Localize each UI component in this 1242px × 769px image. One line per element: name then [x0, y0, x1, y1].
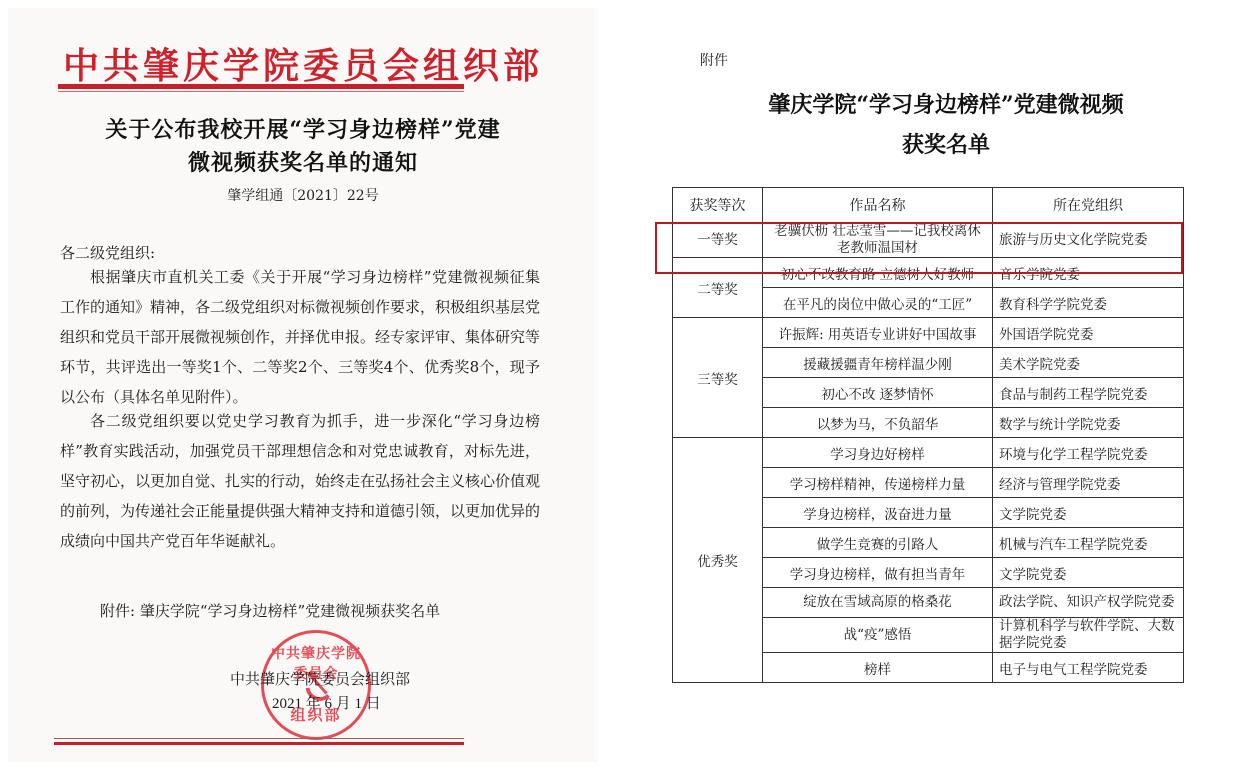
work-title: 学习身边榜样，做有担当青年	[763, 558, 993, 588]
work-title: 学习身边好榜样	[763, 438, 993, 468]
header-organization: 所在党组织	[993, 188, 1184, 223]
organization: 旅游与历史文化学院党委	[993, 223, 1184, 258]
attachment-page: 附件 肇庆学院“学习身边榜样”党建微视频 获奖名单 获奖等次 作品名称 所在党组…	[620, 0, 1242, 769]
organization: 机械与汽车工程学院党委	[993, 528, 1184, 558]
work-title: 学习榜样精神，传递榜样力量	[763, 468, 993, 498]
organization: 环境与化学工程学院党委	[993, 438, 1184, 468]
work-title: 做学生竞赛的引路人	[763, 528, 993, 558]
signature-date: 2021 年 6 月 1 日	[272, 692, 381, 713]
work-title: 初心不改 逐梦情怀	[763, 378, 993, 408]
issuer-header: 中共肇庆学院委员会组织部	[8, 38, 598, 89]
award-level-second: 二等奖	[673, 258, 763, 318]
work-title: 榜样	[763, 653, 993, 683]
organization: 教育科学学院党委	[993, 288, 1184, 318]
work-title: 学身边榜样，汲奋进力量	[763, 498, 993, 528]
document-number: 肇学组通〔2021〕22号	[8, 185, 598, 205]
signature-organization: 中共肇庆学院委员会组织部	[230, 668, 410, 689]
organization: 政法学院、知识产权学院党委	[993, 588, 1184, 618]
organization: 外国语学院党委	[993, 318, 1184, 348]
organization: 电子与电气工程学院党委	[993, 653, 1184, 683]
notice-title-line2: 微视频获奖名单的通知	[8, 146, 598, 177]
work-title: 绽放在雪域高原的格桑花	[763, 588, 993, 618]
salutation: 各二级党组织:	[60, 242, 155, 263]
work-title: 老骥伏枥 壮志莹雪——记我校离休老教师温国材	[763, 223, 993, 258]
work-title: 战“疫”感悟	[763, 618, 993, 653]
award-level-excellence: 优秀奖	[673, 438, 763, 683]
work-title: 援藏援疆青年榜样温少刚	[763, 348, 993, 378]
attachment-label: 附件	[700, 50, 728, 70]
work-title: 以梦为马，不负韶华	[763, 408, 993, 438]
header-award-level: 获奖等次	[673, 188, 763, 223]
header-rule-thick	[58, 84, 464, 89]
body-paragraph-2: 各二级党组织要以党史学习教育为抓手，进一步深化“学习身边榜样”教育实践活动，加强…	[60, 406, 540, 556]
table-row: 优秀奖 学习身边好榜样 环境与化学工程学院党委	[673, 438, 1184, 468]
body-paragraph-1: 根据肇庆市直机关工委《关于开展“学习身边榜样”党建微视频征集工作的通知》精神，各…	[60, 262, 540, 412]
attachment-reference: 附件: 肇庆学院“学习身边榜样”党建微视频获奖名单	[100, 600, 440, 621]
list-title-line1: 肇庆学院“学习身边榜样”党建微视频	[650, 88, 1242, 119]
notice-title-line1: 关于公布我校开展“学习身边榜样”党建	[8, 113, 598, 144]
organization: 食品与制药工程学院党委	[993, 378, 1184, 408]
work-title: 许振辉: 用英语专业讲好中国故事	[763, 318, 993, 348]
organization: 音乐学院党委	[993, 258, 1184, 288]
work-title: 初心不改教育路 立德树人好教师	[763, 258, 993, 288]
notice-page: 中共肇庆学院委员会组织部 关于公布我校开展“学习身边榜样”党建 微视频获奖名单的…	[8, 8, 598, 762]
award-level-first: 一等奖	[673, 223, 763, 258]
organization: 文学院党委	[993, 498, 1184, 528]
header-rule-thin	[58, 91, 464, 92]
table-row: 一等奖 老骥伏枥 壮志莹雪——记我校离休老教师温国材 旅游与历史文化学院党委	[673, 223, 1184, 258]
table-row: 二等奖 初心不改教育路 立德树人好教师 音乐学院党委	[673, 258, 1184, 288]
footer-rule-thick	[54, 742, 464, 745]
award-table: 获奖等次 作品名称 所在党组织 一等奖 老骥伏枥 壮志莹雪——记我校离休老教师温…	[672, 187, 1184, 683]
organization: 文学院党委	[993, 558, 1184, 588]
list-title-line2: 获奖名单	[650, 128, 1242, 159]
table-header-row: 获奖等次 作品名称 所在党组织	[673, 188, 1184, 223]
header-work-title: 作品名称	[763, 188, 993, 223]
award-level-third: 三等奖	[673, 318, 763, 438]
organization: 数学与统计学院党委	[993, 408, 1184, 438]
organization: 计算机科学与软件学院、大数据学院党委	[993, 618, 1184, 653]
table-row: 三等奖 许振辉: 用英语专业讲好中国故事 外国语学院党委	[673, 318, 1184, 348]
organization: 经济与管理学院党委	[993, 468, 1184, 498]
organization: 美术学院党委	[993, 348, 1184, 378]
footer-rule-thin	[54, 738, 464, 739]
work-title: 在平凡的岗位中做心灵的“工匠”	[763, 288, 993, 318]
